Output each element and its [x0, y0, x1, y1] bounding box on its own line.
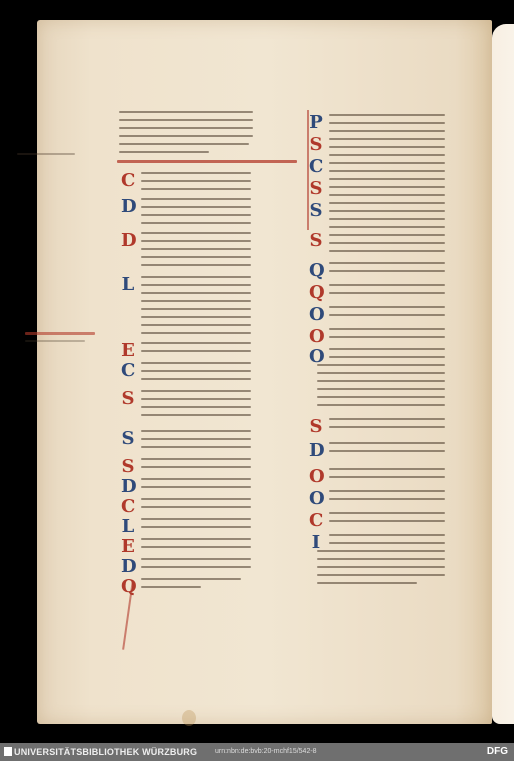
facing-page-edge [492, 24, 514, 724]
manuscript-page: C D D L E C S S S D C L E D Q [37, 20, 492, 724]
footer-bar: UNIVERSITÄTSBIBLIOTHEK WÜRZBURG urn:nbn:… [0, 743, 514, 761]
library-logo-icon [4, 747, 12, 756]
urn-label: urn:nbn:de:bvb:20-mchf15/542-8 [215, 743, 317, 761]
dfg-logo[interactable]: DFG [487, 743, 508, 761]
library-logo[interactable]: UNIVERSITÄTSBIBLIOTHEK WÜRZBURG [4, 743, 197, 761]
image-viewer[interactable]: C D D L E C S S S D C L E D Q [0, 0, 514, 743]
